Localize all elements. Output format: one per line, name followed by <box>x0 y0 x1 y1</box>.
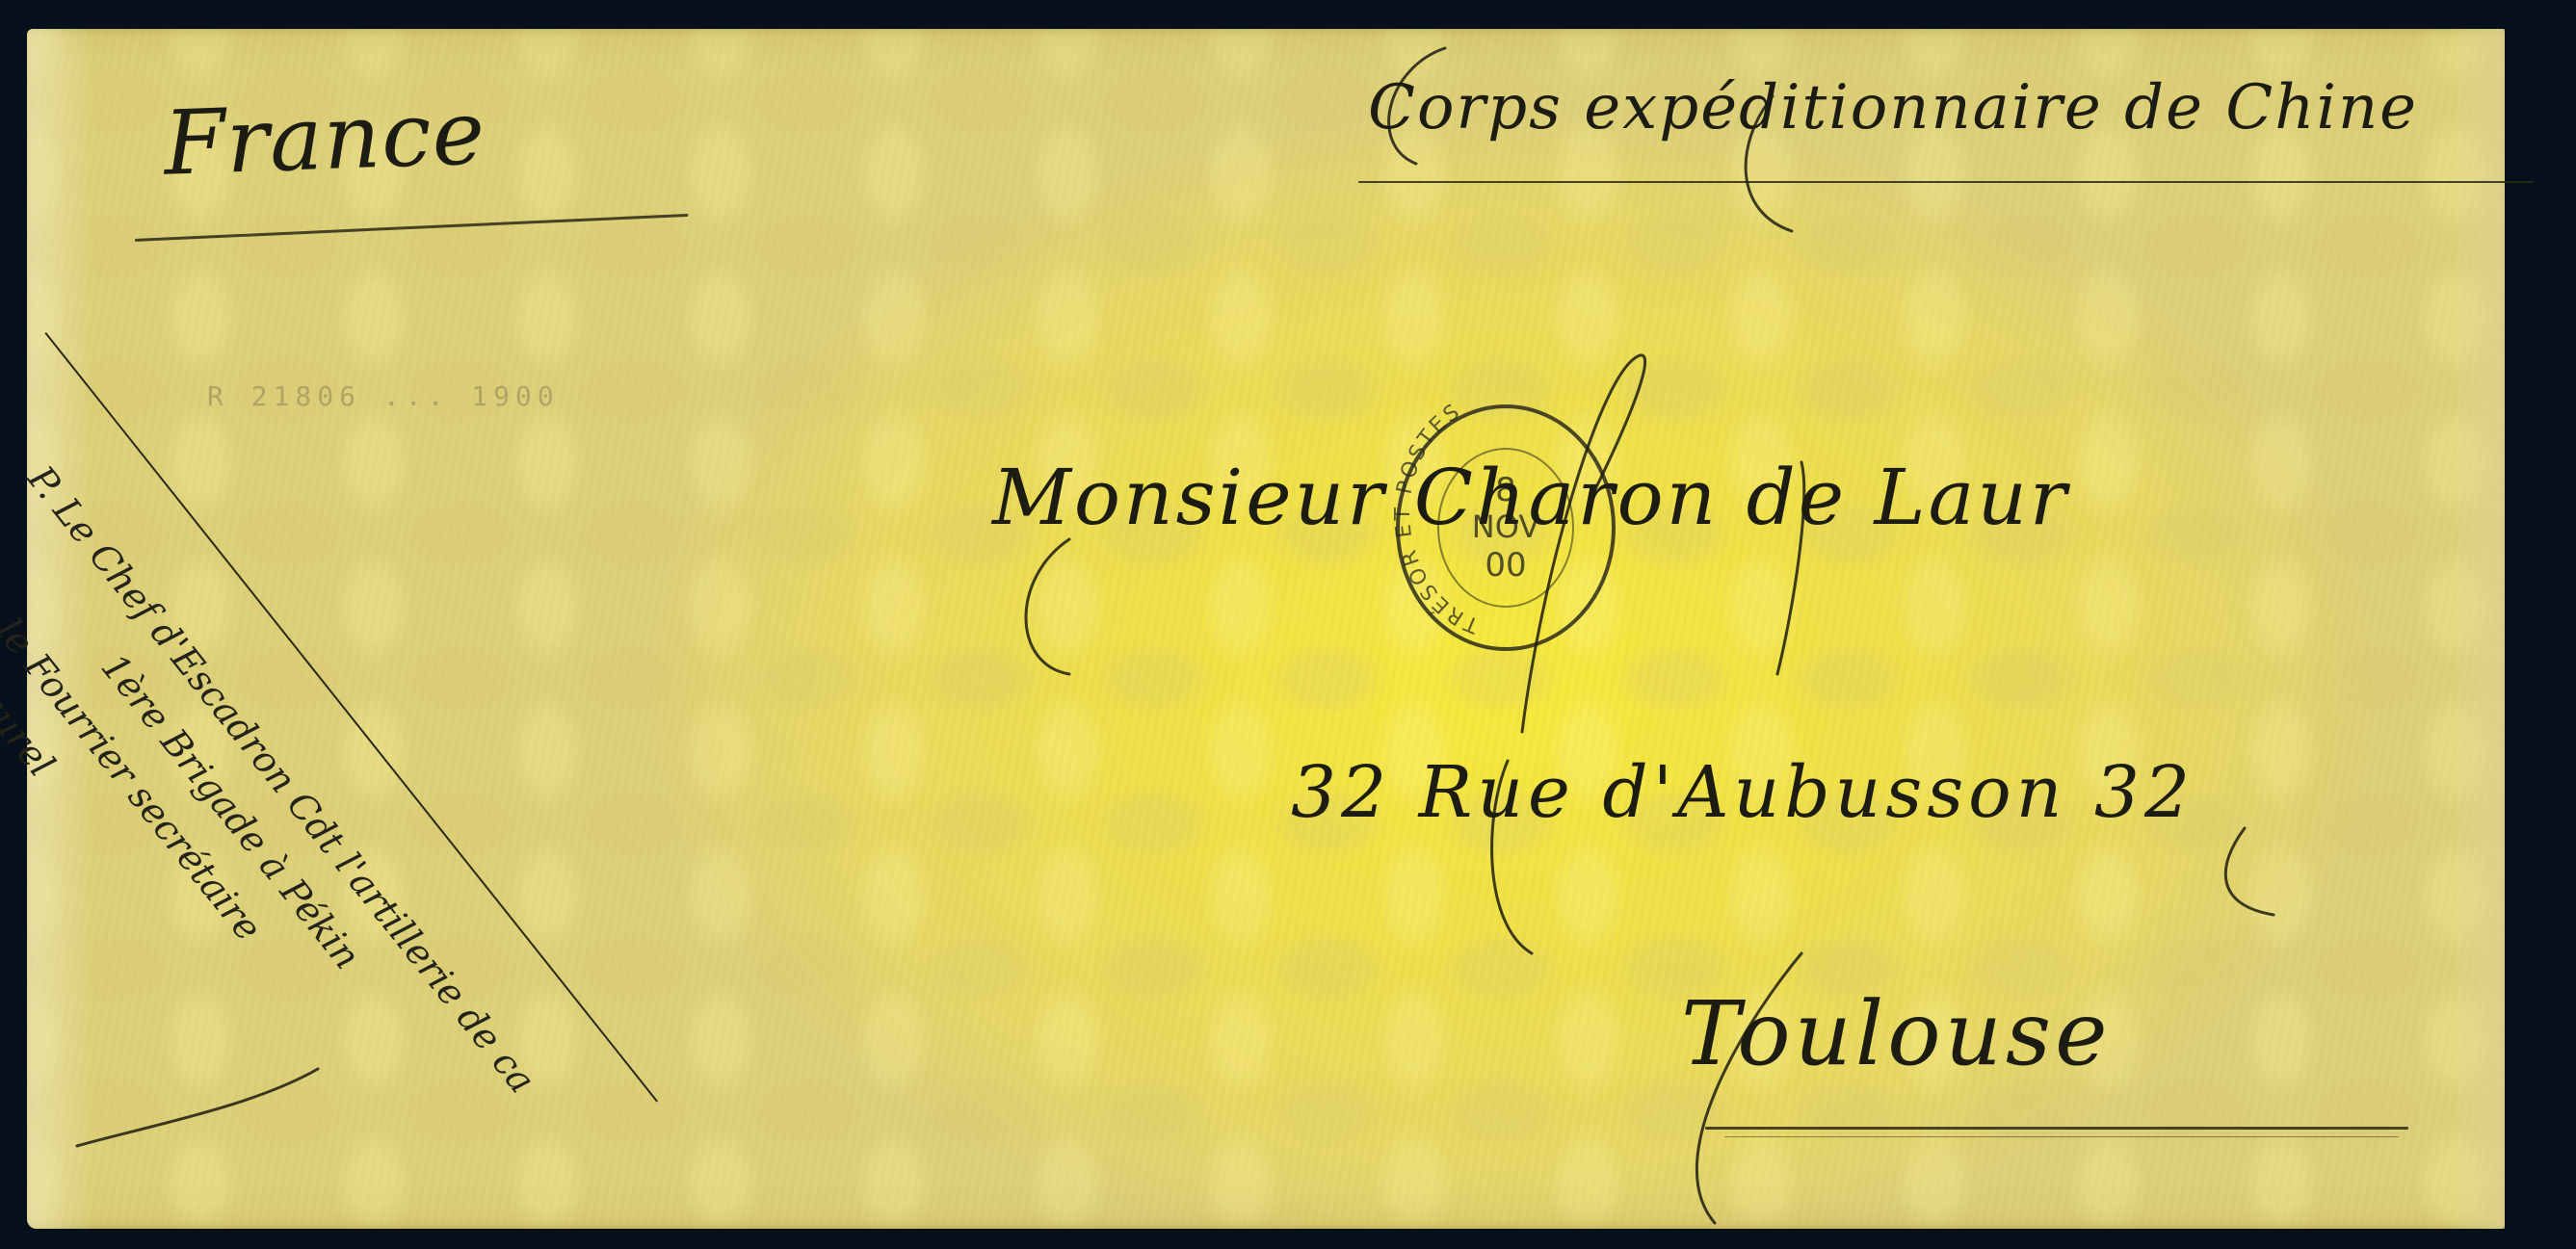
destination-country: France <box>162 81 486 195</box>
postmark-year: 00 <box>1485 546 1526 585</box>
city-underline-secondary <box>1724 1136 2399 1137</box>
addressee-street: 32 Rue d'Aubusson 32 <box>1291 751 2195 834</box>
sender-unit-underline <box>1358 181 2534 183</box>
city-underline <box>1705 1127 2408 1130</box>
addressee-name: Monsieur Charon de Laur <box>992 453 2069 542</box>
faint-registration-stamp: R 21806 ... 1900 <box>207 380 560 412</box>
addressee-city: Toulouse <box>1681 982 2112 1085</box>
sender-unit-heading: Corps expéditionnaire de Chine <box>1368 72 2418 143</box>
photo-stage: France Corps expéditionnaire de Chine R … <box>0 0 2576 1249</box>
